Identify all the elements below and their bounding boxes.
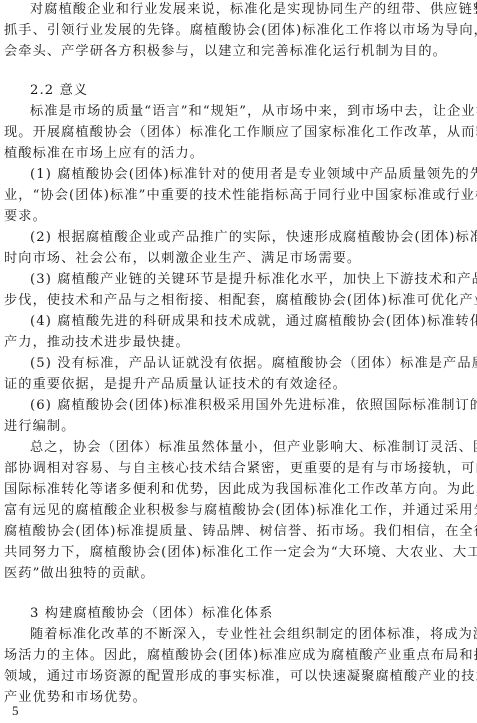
list-item-5: (5) 没有标准，产品认证就没有依据。腐植酸协会（团体）标准是产品质量认 (30, 356, 477, 372)
body-line: 场活力的主体。因此，腐植酸协会(团体)标准应成为腐植酸产业重点布局和推进的 (4, 648, 477, 664)
body-line: 共同努力下，腐植酸协会(团体)标准化工作一定会为“大环境、大农业、大工业、大 (4, 545, 477, 561)
body-line: 医药”做出独特的贡献。 (4, 566, 155, 582)
body-line: 国际标准转化等诸多便利和优势，因此成为我国标准化工作改革方向。为此，希望 (4, 482, 477, 498)
intro-line-3: 会牵头、产学研各方积极参与，以建立和完善标准化运行机制为目的。 (4, 44, 447, 60)
list-item-2: (2) 根据腐植酸企业或产品推广的实际，快速形成腐植酸协会(团体)标准，及 (30, 230, 477, 246)
summary-line: 总之，协会（团体）标准虽然体量小，但产业影响大、标准制订灵活、团体内 (30, 440, 477, 456)
body-line: 要求。 (4, 209, 47, 225)
body-line: 产业优势和市场优势。 (4, 690, 147, 706)
body-line: 部协调相对容易、与自主核心技术结合紧密，更重要的是有与市场接轨，可向国家、 (4, 461, 477, 477)
body-line: 领域，通过市场资源的配置形成的事实标准，可以快速凝聚腐植酸产业的技术优势、 (4, 669, 477, 685)
body-line: 产力，推动技术进步最快捷。 (4, 335, 190, 351)
body-line: 业，“协会(团体)标准”中重要的技术性能指标高于同行业中国家标准或行业标准的 (4, 188, 477, 204)
body-line: 富有远见的腐植酸企业积极参与腐植酸协会(团体)标准化工作，并通过采用先进的 (4, 503, 477, 519)
body-line: 植酸标准在市场上应有的活力。 (4, 146, 204, 162)
page-number: 5 (12, 703, 19, 719)
body-line: 时向市场、社会公布，以刺激企业生产、满足市场需要。 (4, 251, 361, 267)
list-item-1: (1) 腐植酸协会(团体)标准针对的使用者是专业领域中产品质量领先的先进企 (30, 167, 477, 183)
body-line: 证的重要依据，是提升产品质量认证技术的有效途径。 (4, 377, 347, 393)
body-line: 进行编制。 (4, 419, 75, 435)
body-line: 腐植酸协会(团体)标准提质量、铸品牌、树信誉、拓市场。我们相信，在全行业的 (4, 524, 477, 540)
intro-line-1: 对腐植酸企业和行业发展来说，标准化是实现协同生产的纽带、供应链整合的 (30, 2, 477, 18)
section-heading-2-2: 2.2 意义 (30, 83, 88, 99)
list-item-6: (6) 腐植酸协会(团体)标准积极采用国外先进标准，依照国际标准制订的准则 (30, 398, 477, 414)
body-line: 随着标准化改革的不断深入，专业性社会组织制定的团体标准，将成为激发市 (30, 627, 477, 643)
list-item-4: (4) 腐植酸先进的科研成果和技术成就，通过腐植酸协会(团体)标准转化为生 (30, 314, 477, 330)
list-item-3: (3) 腐植酸产业链的关键环节是提升标准化水平，加快上下游技术和产品创新 (30, 272, 477, 288)
body-line: 现。开展腐植酸协会（团体）标准化工作顺应了国家标准化工作改革，从而释放腐 (4, 125, 477, 141)
body-line: 标准是市场的质量“语言”和“规矩”，从市场中来，到市场中去，让企业活力再 (30, 104, 477, 120)
intro-line-2: 抓手、引领行业发展的先锋。腐植酸协会(团体)标准化工作将以市场为导向，由协 (4, 23, 477, 39)
body-line: 步伐，使技术和产品与之相衔接、相配套，腐植酸协会(团体)标准可优化产业关系。 (4, 293, 477, 309)
section-heading-3: 3 构建腐植酸协会（团体）标准化体系 (30, 606, 273, 622)
